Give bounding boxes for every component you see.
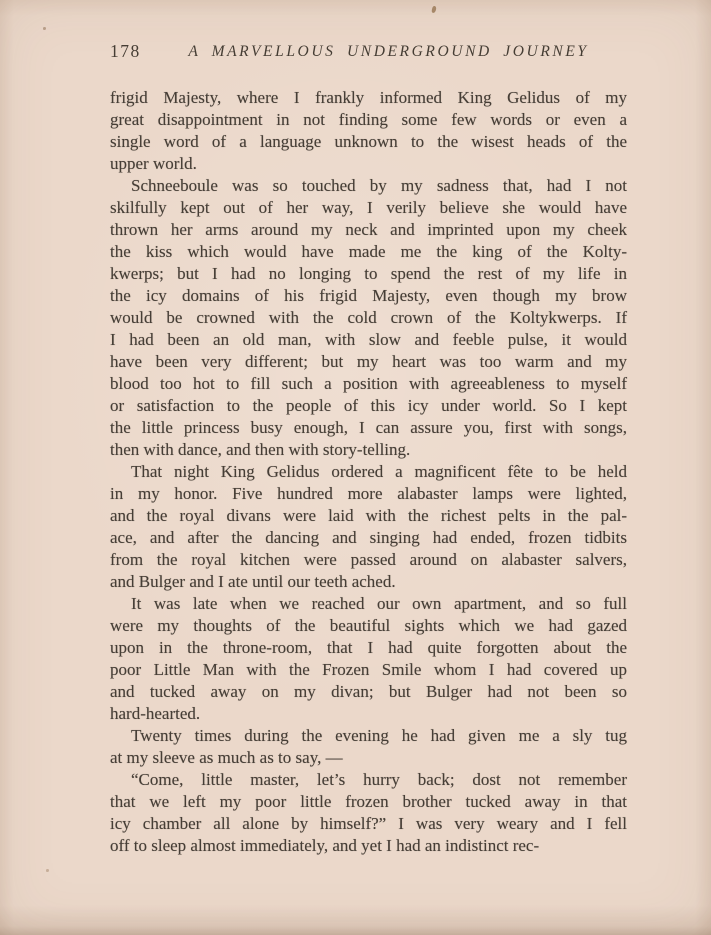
text-line: thrown her arms around my neck and impri… [110, 219, 627, 241]
text-line: single word of a language unknown to the… [110, 131, 627, 153]
text-line: That night King Gelidus ordered a magnif… [110, 461, 627, 483]
text-line: skilfully kept out of her way, I verily … [110, 197, 627, 219]
text-line: have been very different; but my heart w… [110, 351, 627, 373]
text-line: blood too hot to fill such a position wi… [110, 373, 627, 395]
text-line: frigid Majesty, where I frankly informed… [110, 87, 627, 109]
text-line: the icy domains of his frigid Majesty, e… [110, 285, 627, 307]
paragraph: frigid Majesty, where I frankly informed… [110, 87, 627, 175]
text-line: then with dance, and then with story-tel… [110, 439, 627, 461]
text-line: would be crowned with the cold crown of … [110, 307, 627, 329]
text-line: I had been an old man, with slow and fee… [110, 329, 627, 351]
page-header: 178 A MARVELLOUS UNDERGROUND JOURNEY [110, 41, 627, 61]
text-line: upper world. [110, 153, 627, 175]
text-line: in my honor. Five hundred more alabaster… [110, 483, 627, 505]
text-line: poor Little Man with the Frozen Smile wh… [110, 659, 627, 681]
text-line: that we left my poor little frozen broth… [110, 791, 627, 813]
ink-speck [46, 869, 49, 872]
text-line: the kiss which would have made me the ki… [110, 241, 627, 263]
text-line: Schneeboule was so touched by my sadness… [110, 175, 627, 197]
text-line: and the royal divans were laid with the … [110, 505, 627, 527]
text-line: hard-hearted. [110, 703, 627, 725]
page-number: 178 [110, 41, 141, 61]
paragraph: Schneeboule was so touched by my sadness… [110, 175, 627, 461]
text-line: Twenty times during the evening he had g… [110, 725, 627, 747]
text-line: icy chamber all alone by himself?” I was… [110, 813, 627, 835]
ink-speck [43, 27, 46, 30]
text-line: the little princess busy enough, I can a… [110, 417, 627, 439]
text-line: from the royal kitchen were passed aroun… [110, 549, 627, 571]
text-line: “Come, little master, let’s hurry back; … [110, 769, 627, 791]
text-line: off to sleep almost immediately, and yet… [110, 835, 627, 857]
paragraph: “Come, little master, let’s hurry back; … [110, 769, 627, 857]
text-line: kwerps; but I had no longing to spend th… [110, 263, 627, 285]
paragraph: That night King Gelidus ordered a magnif… [110, 461, 627, 593]
running-title: A MARVELLOUS UNDERGROUND JOURNEY [150, 42, 627, 62]
ink-speck [431, 6, 436, 14]
paragraph: It was late when we reached our own apar… [110, 593, 627, 725]
text-line: and Bulger and I ate until our teeth ach… [110, 571, 627, 593]
text-line: It was late when we reached our own apar… [110, 593, 627, 615]
text-line: at my sleeve as much as to say, — [110, 747, 627, 769]
scanned-book-page: 178 A MARVELLOUS UNDERGROUND JOURNEY fri… [0, 0, 711, 935]
text-line: or satisfaction to the people of this ic… [110, 395, 627, 417]
text-line: great disappointment in not finding some… [110, 109, 627, 131]
text-block: frigid Majesty, where I frankly informed… [110, 87, 627, 857]
text-line: ace, and after the dancing and singing h… [110, 527, 627, 549]
text-line: upon in the throne-room, that I had quit… [110, 637, 627, 659]
paragraph: Twenty times during the evening he had g… [110, 725, 627, 769]
text-line: and tucked away on my divan; but Bulger … [110, 681, 627, 703]
text-line: were my thoughts of the beautiful sights… [110, 615, 627, 637]
